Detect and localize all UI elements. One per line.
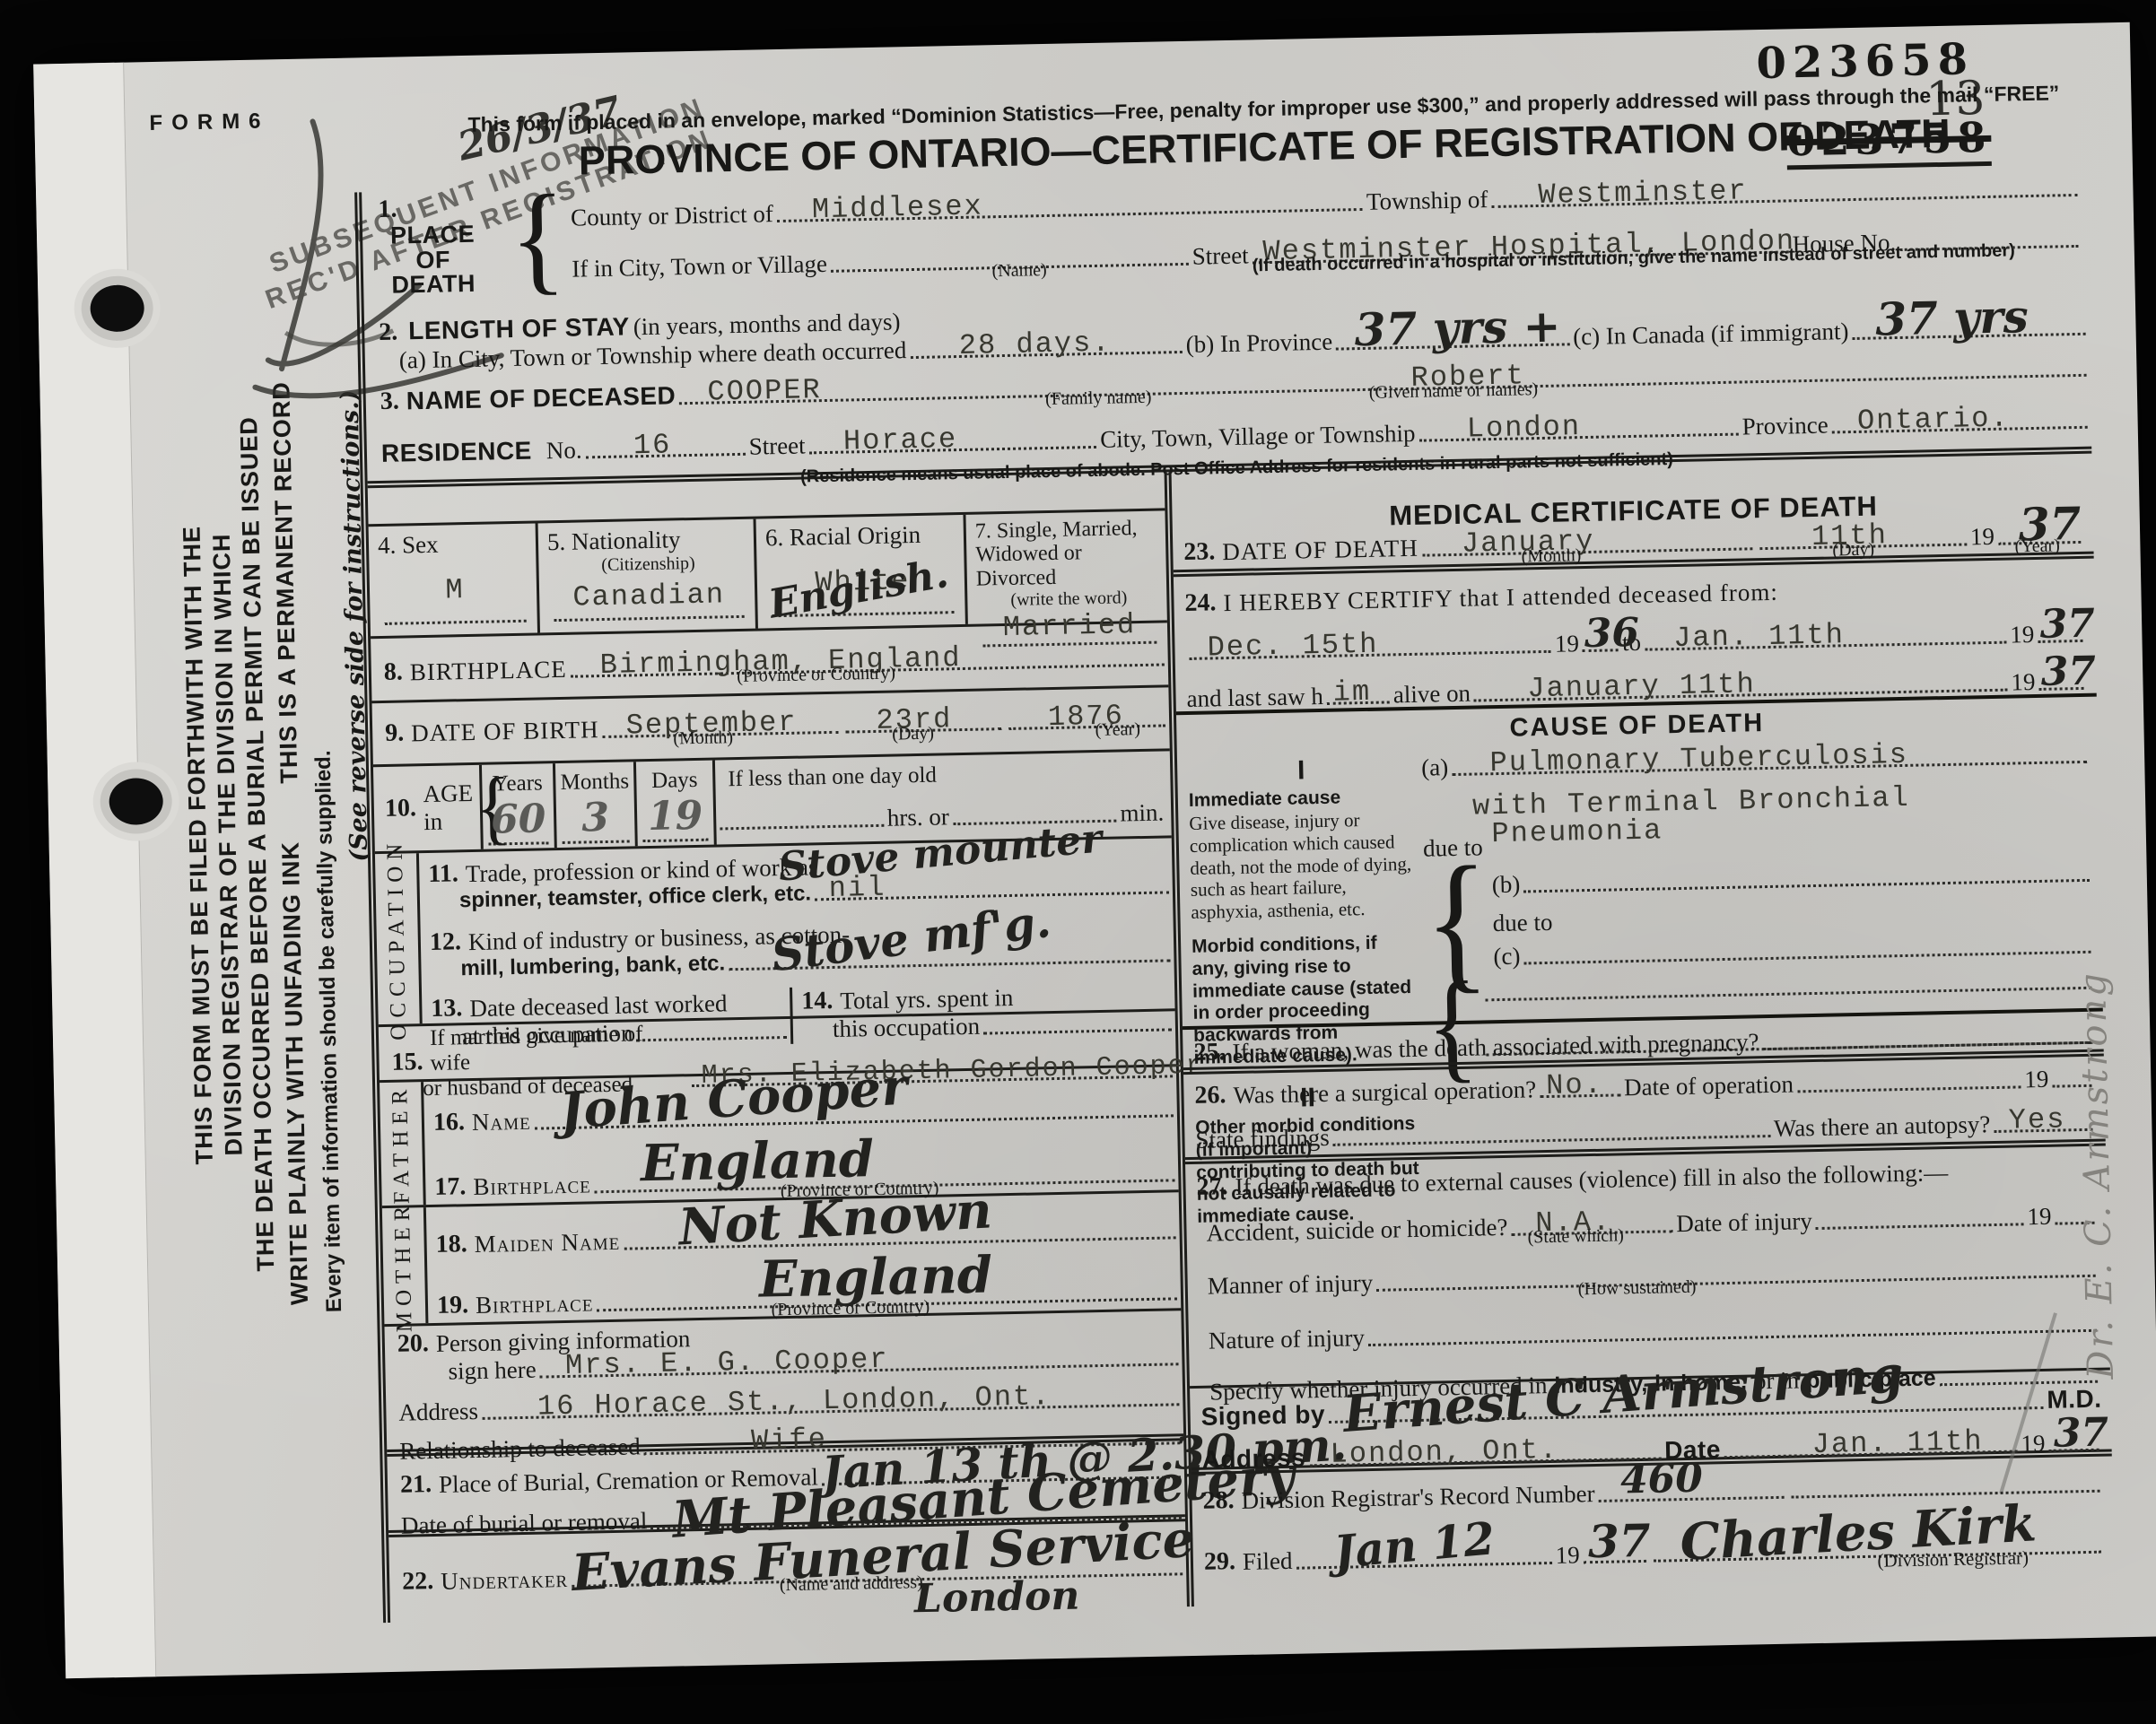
birth-month-note: (Month) — [673, 727, 733, 749]
age-months-cell: Months 3 — [553, 762, 635, 848]
findings-label: State findings — [1195, 1124, 1330, 1154]
age-months-label: Months — [555, 769, 634, 796]
section-22-number: 22. — [402, 1567, 441, 1597]
manner-note: (How sustained) — [1578, 1277, 1697, 1301]
division-registrar-note: (Division Registrar) — [1877, 1546, 2029, 1572]
stay-b-entry: 37 yrs + — [1354, 300, 1561, 357]
brace: { — [509, 183, 567, 318]
mother-group: MOTHER 18. Maiden Name Not Known 19. Bir… — [382, 1192, 1181, 1327]
field-sex: 4. Sex M — [369, 524, 537, 637]
stay-b-label: (b) In Province — [1185, 328, 1332, 359]
birthplace-label: BIRTHPLACE — [410, 656, 567, 687]
section-21-number: 21. — [400, 1470, 440, 1500]
medical-column: MEDICAL CERTIFICATE OF DEATH 23. DATE OF… — [1165, 454, 2115, 1606]
attended-from-year-entry: 36 — [1584, 610, 1639, 657]
date-of-birth-label: DATE OF BIRTH — [411, 716, 599, 747]
field-certify: 24. I HEREBY CERTIFY that I attended dec… — [1174, 559, 2097, 712]
residence-label: RESIDENCE — [381, 437, 532, 468]
age-years-entry: 60 — [491, 796, 546, 842]
marital-status-label: 7. Single, Married, Widowed or Divorced — [975, 517, 1162, 591]
county-entry: Middlesex — [812, 189, 984, 226]
birthplace-note: (Province or Country) — [737, 663, 895, 687]
stay-c-entry: 37 yrs — [1875, 290, 2029, 345]
pregnancy-label: If a woman, was the death associated wit… — [1232, 1028, 1759, 1067]
death-year-prefix: 19 — [1970, 523, 1995, 552]
length-of-stay-note: (in years, months and days) — [633, 308, 900, 340]
age-days-label: Days — [636, 768, 713, 795]
residence-street-entry: Horace — [843, 422, 958, 458]
family-name-note: (Family name) — [1045, 387, 1152, 410]
cause-due-to-2: due to — [1492, 897, 2093, 936]
death-year-note: (Year) — [2014, 535, 2060, 557]
death-certificate-scan: FORM6 THIS FORM MUST BE FILED FORTHWITH … — [33, 22, 2156, 1679]
section-2-number: 2. — [379, 318, 406, 346]
last-saw-date-entry: January 11th — [1527, 667, 1756, 705]
section-3-number: 3. — [380, 387, 406, 416]
family-name-entry: COOPER — [707, 373, 822, 409]
field-father-birthplace: 17. Birthplace England (Province or Coun… — [433, 1122, 1178, 1202]
residence-no-entry: 16 — [633, 428, 672, 462]
section-27-number: 27. — [1196, 1172, 1235, 1202]
injury-date-label: Date of injury — [1676, 1207, 1812, 1238]
registrar-record-label: Division Registrar's Record Number — [1241, 1480, 1595, 1515]
field-marital-status: 7. Single, Married, Widowed or Divorced … — [963, 510, 1166, 623]
operation-label: Was there a surgical operation? — [1233, 1075, 1536, 1110]
signed-year-entry: 37 — [2053, 1410, 2108, 1457]
mother-sidebar: MOTHER — [382, 1207, 429, 1324]
immediate-cause-body: Give disease, injury or complication whi… — [1189, 808, 1417, 924]
total-years-label-1: Total yrs. spent in — [840, 984, 1014, 1015]
filed-date-entry: Jan 12 — [1332, 1511, 1497, 1579]
section-26-number: 26. — [1194, 1081, 1234, 1110]
section-16-number: 16. — [433, 1108, 473, 1137]
place-of-death-title: PLACE OF DEATH — [379, 222, 488, 299]
racial-origin-handwritten-entry: English. — [765, 551, 952, 628]
row-sex-nationality-origin-status: 4. Sex M 5. Nationality (Citizenship) Ca… — [369, 508, 1167, 639]
operation-year-prefix: 19 — [2024, 1066, 2049, 1094]
occupation-sidebar-label: OCCUPATION — [383, 837, 413, 1040]
filed-year-entry: 37 — [1587, 1514, 1651, 1568]
section-11-number: 11. — [428, 859, 466, 889]
last-saw-year-prefix: 19 — [2011, 668, 2036, 697]
father-sidebar-label: FATHER — [388, 1084, 415, 1205]
field-date-of-death: MEDICAL CERTIFICATE OF DEATH 23. DATE OF… — [1172, 454, 2094, 578]
punch-hole-bottom — [109, 778, 163, 825]
racial-origin-label: 6. Racial Origin — [765, 520, 959, 552]
residence-province-entry: Ontario. — [1857, 402, 2010, 438]
residence-street-label: Street — [748, 431, 806, 460]
margin-line-4a: WRITE PLAINLY WITH UNFADING INK — [275, 816, 315, 1331]
city-label: If in City, Town or Village — [572, 250, 827, 283]
injury-year-prefix: 19 — [2027, 1203, 2052, 1232]
punch-hole-top — [90, 284, 144, 332]
mother-sidebar-label: MOTHER — [390, 1199, 418, 1332]
filed-label: Filed — [1243, 1547, 1293, 1576]
field-filed: 29. Filed Jan 12 19 37 Charles Kirk (Div… — [1192, 1502, 2115, 1606]
nationality-entry: Canadian — [572, 578, 725, 614]
section-12-number: 12. — [430, 927, 469, 957]
informant-signature-entry: Mrs. E. G. Cooper — [565, 1343, 889, 1382]
morbid-entry-group: { (b) due to (c) — [1423, 855, 2094, 976]
mother-maiden-name-label: Maiden Name — [474, 1228, 620, 1258]
cause-a-entry-line3: Pneumonia — [1491, 814, 1663, 850]
occupation-group: OCCUPATION Stove mounter 11. Trade, prof… — [375, 838, 1175, 1027]
age-label: AGE in — [423, 779, 474, 836]
father-name-label: Name — [472, 1108, 531, 1136]
signed-year-prefix: 19 — [2021, 1430, 2046, 1458]
attended-to-year-prefix: 19 — [2010, 621, 2035, 649]
industry-label-2: mill, lumbering, bank, etc. — [430, 951, 725, 982]
age-days-cell: Days 19 — [633, 761, 714, 847]
township-entry: Westminster — [1538, 174, 1748, 212]
residence-province-label: Province — [1741, 412, 1829, 441]
undertaker-note: (Name and address) — [780, 1572, 923, 1596]
stay-c-label: (c) In Canada (if immigrant) — [1573, 318, 1849, 351]
spouse-label-1: If married give name of wife — [430, 1021, 688, 1076]
autopsy-entry: Yes — [2008, 1102, 2065, 1136]
last-worked-label-1: Date deceased last worked — [469, 989, 728, 1023]
section-8-number: 8. — [384, 657, 411, 687]
signed-by-label: Signed by — [1200, 1400, 1325, 1432]
external-kind-note: (State which) — [1527, 1225, 1624, 1248]
stay-a-entry: 28 days. — [958, 327, 1111, 362]
date-of-death-label: DATE OF DEATH — [1222, 535, 1418, 566]
township-label: Township of — [1366, 186, 1488, 216]
father-birthplace-label: Birthplace — [473, 1171, 591, 1201]
county-label: County or District of — [571, 200, 773, 232]
registration-form: 1. PLACE OF DEATH { County or District o… — [354, 158, 2115, 1623]
margin-instructions: THIS FORM MUST BE FILED FORTHWITH WITH T… — [173, 335, 382, 1351]
field-nationality: 5. Nationality (Citizenship) Canadian — [536, 519, 755, 633]
last-saw-pre: and last saw h — [1186, 683, 1323, 713]
undertaker-label: Undertaker — [441, 1565, 568, 1596]
age-days-entry: 19 — [648, 793, 703, 840]
section-13-number: 13. — [431, 994, 470, 1023]
nature-label: Nature of injury — [1200, 1324, 1366, 1355]
birth-year-note: (Year) — [1095, 719, 1140, 741]
manner-label: Manner of injury — [1198, 1269, 1373, 1301]
informant-sign-label: sign here — [397, 1356, 537, 1387]
cause-b-label: (b) — [1492, 870, 1521, 899]
trade-typed-entry: nil — [828, 871, 886, 905]
section-19-number: 19. — [437, 1291, 476, 1320]
nationality-label: 5. Nationality — [547, 525, 749, 556]
physician-address-entry: London, Ont. — [1330, 1433, 1558, 1471]
informant-address-label: Address — [398, 1397, 478, 1427]
field-external-causes: 27. If death was due to external causes … — [1185, 1146, 2110, 1389]
residence-city-entry: London — [1466, 410, 1581, 446]
operation-date-label: Date of operation — [1624, 1070, 1794, 1101]
residence-city-label: City, Town, Village or Township — [1100, 420, 1416, 454]
section-20-number: 20. — [397, 1329, 437, 1359]
attended-from-entry: Dec. 15th — [1207, 628, 1379, 665]
last-saw-him-entry: im — [1332, 675, 1371, 710]
cause-part-1-numeral: I — [1188, 753, 1415, 788]
cause-a-label: (a) — [1421, 753, 1449, 782]
name-of-deceased-title: NAME OF DECEASED — [406, 381, 676, 415]
attended-to-year-entry: 37 — [2039, 601, 2095, 648]
physician-address-label: Address — [1201, 1443, 1305, 1474]
certify-label: I HEREBY CERTIFY that I attended decease… — [1223, 579, 1778, 617]
section-10-number: 10. — [385, 794, 424, 823]
birth-day-note: (Day) — [892, 724, 934, 745]
last-saw-year-entry: 37 — [2040, 649, 2096, 695]
age-hrs-label: hrs. or — [887, 803, 950, 832]
sex-entry: M — [445, 573, 465, 606]
section-23-number: 23. — [1183, 537, 1223, 567]
death-month-note: (Month) — [1521, 545, 1581, 567]
city-name-note: (Name) — [991, 260, 1047, 282]
section-18-number: 18. — [435, 1230, 475, 1259]
section-24-number: 24. — [1184, 588, 1224, 618]
occupation-sidebar: OCCUPATION — [375, 853, 423, 1024]
section-15-number: 15. — [391, 1048, 431, 1077]
section-25-number: 25. — [1193, 1038, 1233, 1067]
registrar-record-entry: 460 — [1620, 1456, 1704, 1503]
filed-year-prefix: 19 — [1555, 1541, 1580, 1570]
death-day-note: (Day) — [1832, 540, 1874, 562]
street-label: Street — [1191, 241, 1249, 270]
autopsy-label: Was there an autopsy? — [1774, 1110, 1991, 1143]
age-min-label: min. — [1120, 799, 1164, 828]
cause-of-death-box: CAUSE OF DEATH I Immediate cause Give di… — [1176, 693, 2103, 1031]
section-9-number: 9. — [385, 718, 412, 748]
field-industry: Stove mf'g. 12. Kind of industry or busi… — [430, 913, 1174, 982]
external-label: If death was due to external causes (vio… — [1235, 1159, 1948, 1201]
sex-label: 4. Sex — [378, 529, 531, 560]
last-saw-mid: alive on — [1392, 680, 1471, 710]
age-months-entry: 3 — [581, 795, 610, 841]
undertaker-city-entry: London — [913, 1573, 1079, 1623]
field-racial-origin: 6. Racial Origin White English. — [754, 515, 965, 629]
section-1-number: 1. — [378, 195, 405, 223]
mother-birthplace-label: Birthplace — [476, 1289, 594, 1319]
field-undertaker: 22. Undertaker Evans Funeral Service (Na… — [388, 1521, 1187, 1616]
attended-to-entry: Jan. 11th — [1673, 618, 1846, 655]
attended-from-year-prefix: 19 — [1555, 630, 1580, 658]
father-group: FATHER 16. Name John Cooper 17. Birthpla… — [380, 1067, 1179, 1208]
cause-c-label: (c) — [1493, 942, 1521, 971]
section-29-number: 29. — [1204, 1547, 1244, 1577]
cause-a-entry-line1: Pulmonary Tuberculosis — [1489, 738, 1908, 779]
signed-date-entry: Jan. 11th — [1811, 1424, 1984, 1461]
section-14-number: 14. — [801, 987, 841, 1016]
personal-column: 4. Sex M 5. Nationality (Citizenship) Ca… — [368, 472, 1187, 1623]
residence-no-label: No. — [532, 436, 582, 465]
operation-entry: No. — [1546, 1068, 1603, 1102]
informant-address-entry: 16 Horace St., London, Ont. — [537, 1380, 1052, 1423]
external-kind-label: Accident, suicide or homicide? — [1197, 1214, 1507, 1248]
section-17-number: 17. — [434, 1172, 474, 1202]
given-name-note: (Given name or names) — [1369, 379, 1539, 404]
section-28-number: 28. — [1202, 1486, 1242, 1516]
place-of-death-label: 1. PLACE OF DEATH — [362, 193, 515, 318]
